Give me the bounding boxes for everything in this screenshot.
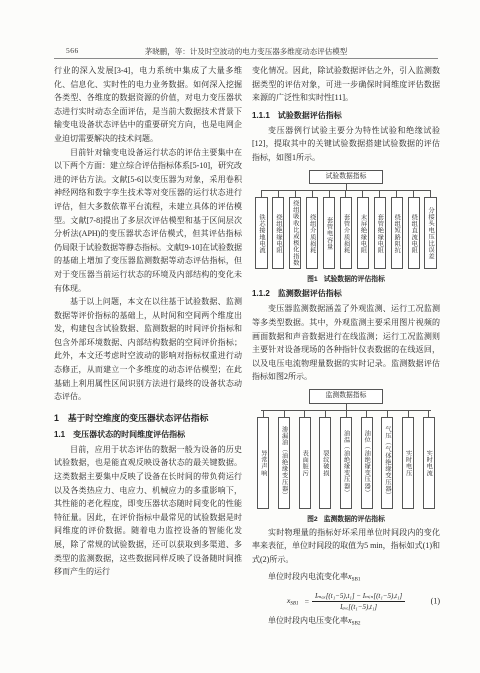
fraction-denominator: Iₐᵥₑ[(t₁−5),t₁]: [312, 602, 405, 611]
figure-leaf-box: 气压（气体绝缘变压器）: [381, 417, 393, 509]
figure-leaf-box: 绕组介质损耗: [306, 197, 318, 269]
figure-branch: 表面脏污: [294, 411, 315, 509]
figure-leaf-box: 表面脏污: [299, 417, 311, 509]
equation1-intro: 单位时段内电流变化率xSB1: [252, 570, 440, 587]
figure-branch: 绕组直流电阻: [405, 191, 422, 269]
figure-branch: 裂纹破损: [315, 411, 336, 509]
two-column-body: 行业的深入发展[3-4]，电力系统中集成了大量多维化、信息化、实时性的电力业务数…: [54, 64, 440, 631]
figure-branch: 分接头电压比误差: [422, 191, 439, 269]
paragraph: 目前，应用于状态评估的数据一般为设备的历史试验数据，也是能直观反映设备状态的最关…: [54, 443, 242, 579]
figure-branch: 渗漏油（油绝缘变压器）: [274, 411, 295, 509]
figure2-caption-tag: 图2: [307, 516, 318, 523]
equals-sign: =: [305, 597, 309, 606]
fraction: Iₘₐₓ[(t₁−5),t₁] − Iₘᵢₙ[(t₁−5),t₁] Iₐᵥₑ[(…: [312, 592, 405, 611]
paper-page: 566 茅晓鹏，等：计及时空波动的电力变压器多维度动态评估模型 行业的深入发展[…: [0, 0, 480, 673]
figure-leaf-box: 渗漏油（油绝缘变压器）: [278, 417, 290, 509]
figure2-tree-diagram: 监测数据指标 异常声响 渗漏油（油绝缘变压器）: [252, 389, 440, 523]
running-title: 茅晓鹏，等：计及时空波动的电力变压器多维度动态评估模型: [54, 46, 438, 57]
figure-leaf-box: 油位（油绝缘变压器）: [361, 417, 373, 509]
figure-leaf-box: 绕组直流电阻: [408, 197, 420, 269]
paragraph: 实时物理量的指标好坏采用单位时间段内的变化率来表征，单位时间段的取值为5 min…: [252, 526, 440, 567]
figure-leaf-box: 套管介质损耗: [340, 197, 352, 269]
figure1-root-box: 试验数据指标: [309, 170, 384, 185]
figure-leaf-box: 油温（油绝缘变压器）: [340, 417, 352, 509]
figure1-caption-text: 试验数据的评估指标: [324, 276, 385, 283]
left-column: 行业的深入发展[3-4]，电力系统中集成了大量多维化、信息化、实时性的电力业务数…: [54, 64, 242, 631]
figure2-caption-text: 监测数据的评估指标: [324, 516, 385, 523]
figure-branch: 绕组绝缘电阻: [270, 191, 287, 269]
figure-branch: 实时电流: [418, 411, 439, 509]
figure2-leaf-boxes: 异常声响 渗漏油（油绝缘变压器） 表面脏污: [252, 411, 440, 509]
figure-leaf-box: 实时电压: [402, 417, 414, 509]
equation1-number: (1): [431, 597, 440, 606]
figure-branch: 异常声响: [253, 411, 274, 509]
figure-leaf-box: 套管绝缘电阻: [374, 197, 386, 269]
figure-leaf-box: 裂纹破损: [319, 417, 331, 509]
figure-branch: 绕组介质损耗: [304, 191, 321, 269]
figure-leaf-box: 末屏绝缘电阻: [357, 197, 369, 269]
figure-branch: 油位（油绝缘变压器）: [356, 411, 377, 509]
figure-leaf-box: 分接头电压比误差: [424, 197, 436, 269]
equation1: xSB1 = Iₘₐₓ[(t₁−5),t₁] − Iₘᵢₙ[(t₁−5),t₁]…: [252, 592, 440, 611]
figure-leaf-box: 实时电流: [423, 417, 435, 509]
figure1-tree-diagram: 试验数据指标 铁芯接地电流 绕组绝缘电阻: [252, 170, 440, 284]
figure1-caption-tag: 图1: [307, 276, 318, 283]
figure-leaf-box: 异常声响: [257, 417, 269, 509]
figure-branch: 末屏绝缘电阻: [354, 191, 371, 269]
figure1-leaf-boxes: 铁芯接地电流 绕组绝缘电阻 绕组吸收比或极化指数: [252, 191, 440, 269]
figure-branch: 油温（油绝缘变压器）: [336, 411, 357, 509]
figure-branch: 套管介质损耗: [338, 191, 355, 269]
paragraph: 目前针对输变电设备运行状态的评估主要集中在以下两个方面：建立综合评估指标体系[5…: [54, 146, 242, 296]
paragraph: 变压器监测数据涵盖了外观监测、运行工况监测等多类型数据。其中，外观监测主要采用图…: [252, 302, 440, 384]
figure1-caption: 图1试验数据的评估指标: [252, 273, 440, 283]
figure-branch: 绕组短路阻抗: [388, 191, 405, 269]
variable-subscript: SB1: [352, 576, 361, 582]
section-heading-1-1: 1.1 变压器状态的时间维度评估指标: [54, 429, 242, 440]
figure-branch: 气压（气体绝缘变压器）: [377, 411, 398, 509]
section-heading-1-1-1: 1.1.1 试验数据评估指标: [252, 110, 440, 121]
section-heading-1: 1 基于时空维度的变压器状态评估指标: [54, 412, 242, 424]
fraction-numerator: Iₘₐₓ[(t₁−5),t₁] − Iₘᵢₙ[(t₁−5),t₁]: [312, 592, 405, 602]
paragraph: 变化情况。因此，除试验数据评估之外，引入监测数据类型的评估对象，可进一步确保时间…: [252, 64, 440, 105]
figure-branch: 套管绝缘电阻: [371, 191, 388, 269]
equation2-intro: 单位时段内电压变化率xSB2: [252, 614, 440, 631]
figure-leaf-box: 绕组绝缘电阻: [272, 197, 284, 269]
paragraph: 变压器例行试验主要分为特性试验和绝缘试验[12]，提取其中的关键试验数据搭建试验…: [252, 124, 440, 165]
paragraph: 行业的深入发展[3-4]，电力系统中集成了大量多维化、信息化、实时性的电力业务数…: [54, 64, 242, 146]
figure-branch: 铁芯接地电流: [253, 191, 270, 269]
figure-leaf-box: 绕组吸收比或极化指数: [289, 197, 301, 269]
right-column: 变化情况。因此，除试验数据评估之外，引入监测数据类型的评估对象，可进一步确保时间…: [252, 64, 440, 631]
figure-branch: 绕组吸收比或极化指数: [287, 191, 304, 269]
figure-branch: 实时电压: [398, 411, 419, 509]
figure-leaf-box: 套管电容量: [323, 197, 335, 269]
equation1-lhs: xSB1: [287, 596, 299, 607]
figure-leaf-box: 绕组短路阻抗: [391, 197, 403, 269]
section-heading-1-1-2: 1.1.2 监测数据评估指标: [252, 288, 440, 299]
figure2-caption: 图2监测数据的评估指标: [252, 513, 440, 523]
figure-branch: 套管电容量: [321, 191, 338, 269]
paragraph: 基于以上问题，本文在以往基于试验数据、监测数据等评价指标的基础上，从时间和空间两…: [54, 295, 242, 404]
equation1-intro-text: 单位时段内电流变化率: [268, 572, 348, 581]
equation2-intro-text: 单位时段内电压变化率: [268, 616, 348, 625]
figure2-root-box: 监测数据指标: [309, 389, 384, 404]
variable-subscript: SB2: [352, 620, 361, 626]
page-header: 566 茅晓鹏，等：计及时空波动的电力变压器多维度动态评估模型: [54, 44, 438, 59]
figure-leaf-box: 铁芯接地电流: [255, 197, 267, 269]
